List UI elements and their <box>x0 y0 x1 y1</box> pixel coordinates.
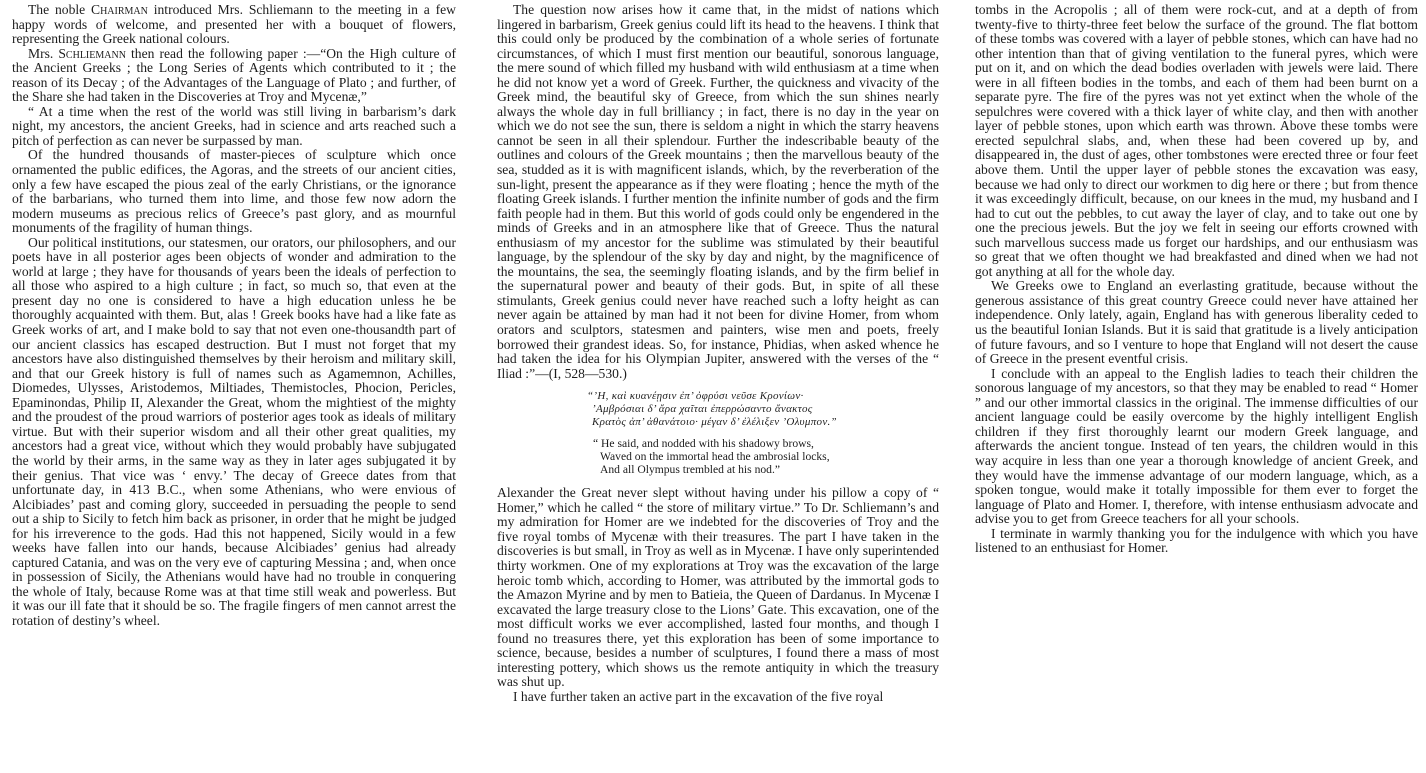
paragraph-political-institutions: Our political institutions, our statesme… <box>12 236 456 629</box>
english-verse-line: And all Olympus trembled at his nod.” <box>593 463 939 476</box>
lead-text: Mrs. <box>28 46 58 61</box>
chairman-smallcaps: Chairman <box>91 2 148 17</box>
lead-text: The noble <box>28 2 91 17</box>
paragraph-appeal-ladies: I conclude with an appeal to the English… <box>975 367 1418 527</box>
text-column-2: The question now arises how it came that… <box>497 3 939 704</box>
paragraph-chairman-intro: The noble Chairman introduced Mrs. Schli… <box>12 3 456 47</box>
text-column-3: tombs in the Acropolis ; all of them wer… <box>975 3 1418 556</box>
paragraph-alexander: Alexander the Great never slept without … <box>497 486 939 690</box>
paragraph-paper-title: Mrs. Schliemann then read the following … <box>12 47 456 105</box>
paragraph-barbarism: “ At a time when the rest of the world w… <box>12 105 456 149</box>
paragraph-royal-tombs-start: I have further taken an active part in t… <box>497 690 939 705</box>
english-verse-line: Waved on the immortal head the ambrosial… <box>593 450 939 463</box>
paragraph-greek-genius: The question now arises how it came that… <box>497 3 939 381</box>
english-verse-line: “ He said, and nodded with his shadowy b… <box>593 437 939 450</box>
greek-verse: “’Η, καὶ κυανέῃσιν ἐπ’ ὀφρύσι νεῦσε Κρον… <box>587 390 939 429</box>
text-column-1: The noble Chairman introduced Mrs. Schli… <box>12 3 456 629</box>
schliemann-smallcaps: Schliemann <box>58 46 126 61</box>
paragraph-acropolis-tombs: tombs in the Acropolis ; all of them wer… <box>975 3 1418 279</box>
greek-verse-line: Κρατὸς ἀπ’ ἀθανάτοιο· μέγαν δ’ ἐλέλιξεν … <box>587 416 939 429</box>
iliad-quotation: “’Η, καὶ κυανέῃσιν ἐπ’ ὀφρύσι νεῦσε Κρον… <box>587 390 939 476</box>
paragraph-sculpture: Of the hundred thousands of master-piece… <box>12 148 456 235</box>
greek-verse-line: ’Αμβρόσιαι δ’ ἄρα χαῖται ἐπερρώσαντο ἄνα… <box>587 403 939 416</box>
paragraph-england-gratitude: We Greeks owe to England an everlasting … <box>975 279 1418 366</box>
english-translation: “ He said, and nodded with his shadowy b… <box>587 437 939 476</box>
greek-verse-line: “’Η, καὶ κυανέῃσιν ἐπ’ ὀφρύσι νεῦσε Κρον… <box>587 390 939 403</box>
paragraph-closing-thanks: I terminate in warmly thanking you for t… <box>975 527 1418 556</box>
